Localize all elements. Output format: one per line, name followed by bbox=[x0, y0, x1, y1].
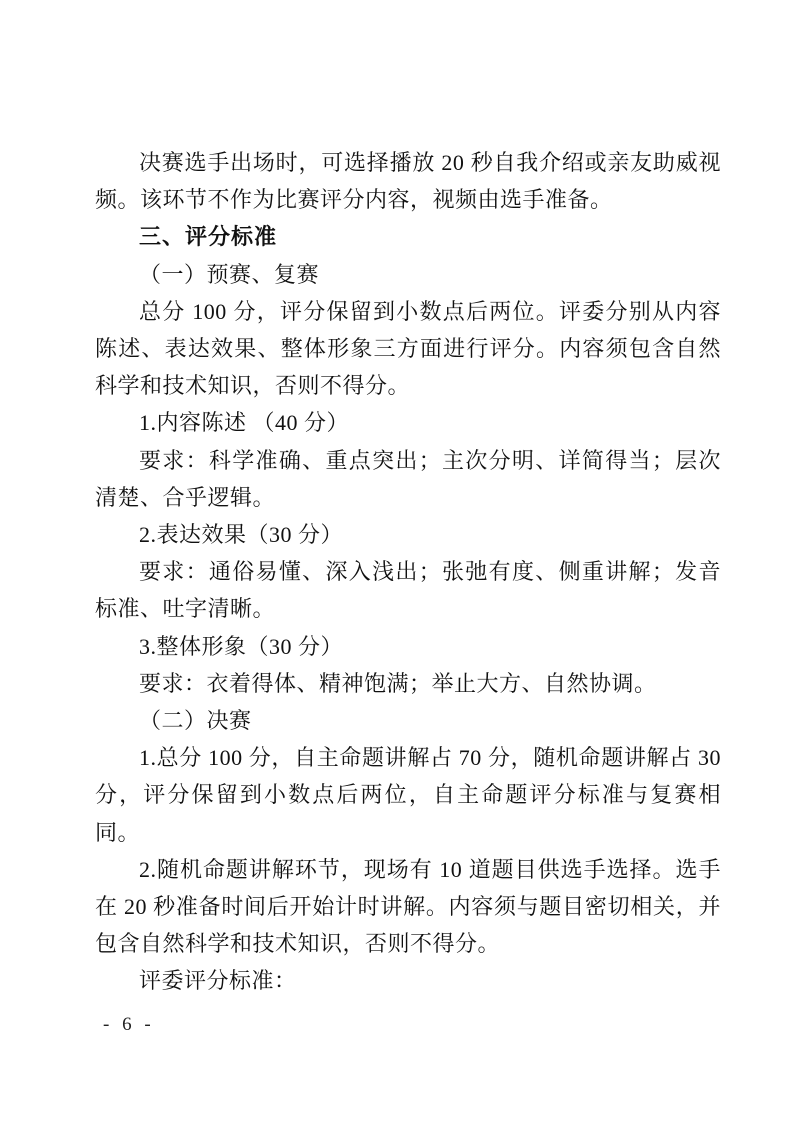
paragraph-random-topic-rules: 2.随机命题讲解环节，现场有 10 道题目供选手选择。选手在 20 秒准备时间后… bbox=[95, 851, 721, 963]
page-number: - 6 - bbox=[103, 1014, 155, 1036]
section-heading-scoring-criteria: 三、评分标准 bbox=[95, 218, 721, 255]
paragraph-expression-requirements: 要求：通俗易懂、深入浅出；张弛有度、侧重讲解；发音标准、吐字清晰。 bbox=[95, 553, 721, 627]
document-page: 决赛选手出场时，可选择播放 20 秒自我介绍或亲友助威视频。该环节不作为比赛评分… bbox=[0, 0, 793, 1122]
paragraph-finals-intro-video: 决赛选手出场时，可选择播放 20 秒自我介绍或亲友助威视频。该环节不作为比赛评分… bbox=[95, 144, 721, 218]
item-heading-overall-image: 3.整体形象（30 分） bbox=[95, 628, 721, 665]
paragraph-finals-score-split: 1.总分 100 分，自主命题讲解占 70 分，随机命题讲解占 30 分，评分保… bbox=[95, 739, 721, 851]
paragraph-image-requirements: 要求：衣着得体、精神饱满；举止大方、自然协调。 bbox=[95, 665, 721, 702]
subsection-heading-finals: （二）决赛 bbox=[95, 702, 721, 739]
subsection-heading-preliminary-semifinal: （一）预赛、复赛 bbox=[95, 256, 721, 293]
document-body: 决赛选手出场时，可选择播放 20 秒自我介绍或亲友助威视频。该环节不作为比赛评分… bbox=[95, 144, 721, 1000]
paragraph-total-score-rules: 总分 100 分，评分保留到小数点后两位。评委分别从内容陈述、表达效果、整体形象… bbox=[95, 293, 721, 405]
item-heading-content-statement: 1.内容陈述 （40 分） bbox=[95, 404, 721, 441]
paragraph-judges-criteria-lead-in: 评委评分标准： bbox=[95, 962, 721, 999]
paragraph-content-requirements: 要求：科学准确、重点突出；主次分明、详简得当；层次清楚、合乎逻辑。 bbox=[95, 442, 721, 516]
item-heading-expression-effect: 2.表达效果（30 分） bbox=[95, 516, 721, 553]
